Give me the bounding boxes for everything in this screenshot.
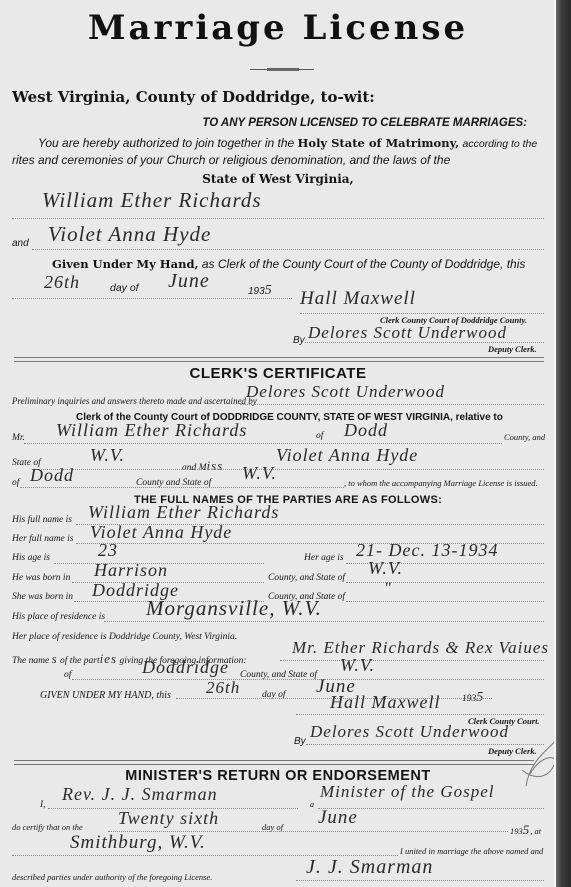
certificate-deputy-signature[interactable]: Delores Scott Underwood — [310, 722, 509, 742]
informant-county-field[interactable]: Doddridge — [142, 657, 229, 678]
deputy-clerk-signature[interactable]: Delores Scott Underwood — [308, 323, 507, 343]
holy-state-of-matrimony: Holy State of Matrimony, — [298, 136, 460, 150]
book-binding-edge — [556, 0, 571, 887]
groom-name-field[interactable]: William Ether Richards — [42, 188, 262, 213]
authorization-line-1: You are hereby authorized to join togeth… — [38, 136, 537, 150]
she-born-label: She was born in — [12, 592, 73, 602]
clerks-certificate-heading: CLERK'S CERTIFICATE — [0, 365, 556, 382]
bride-of-label: of — [12, 478, 19, 488]
he-state-label: County, and State of — [268, 573, 345, 583]
mr-state-field[interactable]: W.V. — [90, 445, 125, 466]
section-divider-2 — [14, 760, 534, 765]
his-full-name-field[interactable]: William Ether Richards — [88, 502, 279, 523]
marriage-month-field[interactable]: June — [318, 807, 358, 829]
county-and-label: County, and — [504, 432, 545, 442]
day-of-label: day of — [110, 282, 139, 294]
informant-state-field[interactable]: W.V. — [340, 655, 375, 676]
certificate-by-label: By — [294, 736, 306, 747]
state-of-west-virginia: State of West Virginia, — [0, 172, 556, 186]
license-day-field[interactable]: 26th — [44, 272, 80, 293]
and-miss-label: and Miss — [182, 458, 223, 474]
clerk-signature[interactable]: Hall Maxwell — [300, 288, 416, 310]
bride-state-field[interactable]: W.V. — [242, 463, 277, 484]
united-in-marriage-label: I united in marriage the above named and — [400, 846, 543, 856]
addressee-line: TO ANY PERSON LICENSED TO CELEBRATE MARR… — [202, 117, 527, 129]
informant-of-label: of — [64, 670, 71, 680]
miss-name-field[interactable]: Violet Anna Hyde — [276, 445, 418, 466]
informant-names-field[interactable]: Mr. Ether Richards & Rex Vaiues — [292, 638, 549, 658]
marriage-place-field[interactable]: Smithburg, W.V. — [70, 832, 206, 854]
deputy-clerk-caption: Deputy Clerk. — [488, 344, 537, 354]
preliminary-inquiries-label: Preliminary inquiries and answers theret… — [12, 396, 257, 406]
her-age-label: Her age is — [304, 553, 344, 563]
he-born-label: He was born in — [12, 573, 70, 583]
name-plural-suffix-field[interactable]: s — [52, 651, 58, 666]
certificate-clerk-signature[interactable]: Hall Maxwell — [330, 692, 440, 713]
minister-name-field[interactable]: Rev. J. J. Smarman — [62, 784, 218, 805]
to-whom-label: , to whom the accompanying Marriage Lice… — [344, 478, 538, 488]
license-year: 1935 — [248, 283, 273, 299]
document-title: Marriage License — [0, 8, 556, 48]
mr-county-field[interactable]: Dodd — [344, 420, 388, 441]
marriage-license-page: Marriage License West Virginia, County o… — [0, 0, 556, 887]
mr-label: Mr. — [12, 433, 25, 443]
her-residence-line: Her place of residence is Doddridge Coun… — [12, 632, 237, 642]
marriage-year: 1935, at — [510, 822, 541, 838]
his-age-field[interactable]: 23 — [98, 540, 118, 561]
minister-signature[interactable]: J. J. Smarman — [306, 856, 433, 879]
title-ornament-divider — [250, 68, 314, 71]
he-born-county-field[interactable]: Harrison — [94, 560, 168, 581]
and-label: and — [12, 238, 29, 249]
he-born-state-field[interactable]: W.V. — [368, 558, 403, 579]
marriage-day-field[interactable]: Twenty sixth — [118, 808, 219, 829]
certify-label: do certify that on the — [12, 822, 83, 832]
certificate-day-field[interactable]: 26th — [206, 678, 240, 698]
by-label: By — [293, 335, 305, 346]
preliminary-ascertained-by-field[interactable]: Delores Scott Underwood — [246, 382, 445, 402]
his-residence-field[interactable]: Morgansville, W.V. — [146, 596, 322, 621]
his-full-name-label: His full name is — [12, 515, 72, 525]
his-residence-label: His place of residence is — [12, 612, 105, 622]
her-full-name-label: Her full name is — [12, 534, 73, 544]
jurisdiction-heading: West Virginia, County of Doddridge, to-w… — [12, 88, 375, 106]
mr-name-field[interactable]: William Ether Richards — [56, 420, 247, 441]
miss-suffix-field[interactable]: iss — [207, 458, 224, 473]
mr-of-label: of — [316, 431, 323, 441]
party-plural-suffix-field[interactable]: ies — [100, 651, 117, 666]
minister-title-field[interactable]: Minister of the Gospel — [320, 782, 495, 802]
authorization-line-2: rites and ceremonies of your Church or r… — [12, 153, 450, 167]
license-month-field[interactable]: June — [168, 270, 210, 293]
described-parties-label: described parties under authority of the… — [12, 872, 212, 882]
given-under-hand-line: Given Under My Hand, as Clerk of the Cou… — [52, 257, 525, 271]
bride-name-field[interactable]: Violet Anna Hyde — [48, 222, 211, 247]
his-age-label: His age is — [12, 553, 50, 563]
minister-a-label: a — [310, 800, 314, 809]
bride-county-field[interactable]: Dodd — [30, 465, 74, 486]
minister-i-label: I, — [40, 800, 46, 810]
she-born-state-field[interactable]: " — [384, 580, 392, 598]
license-year-digit-field[interactable]: 5 — [265, 283, 273, 298]
section-divider — [14, 357, 544, 362]
given-under-hand-label: GIVEN UNDER MY HAND, this — [40, 690, 171, 701]
